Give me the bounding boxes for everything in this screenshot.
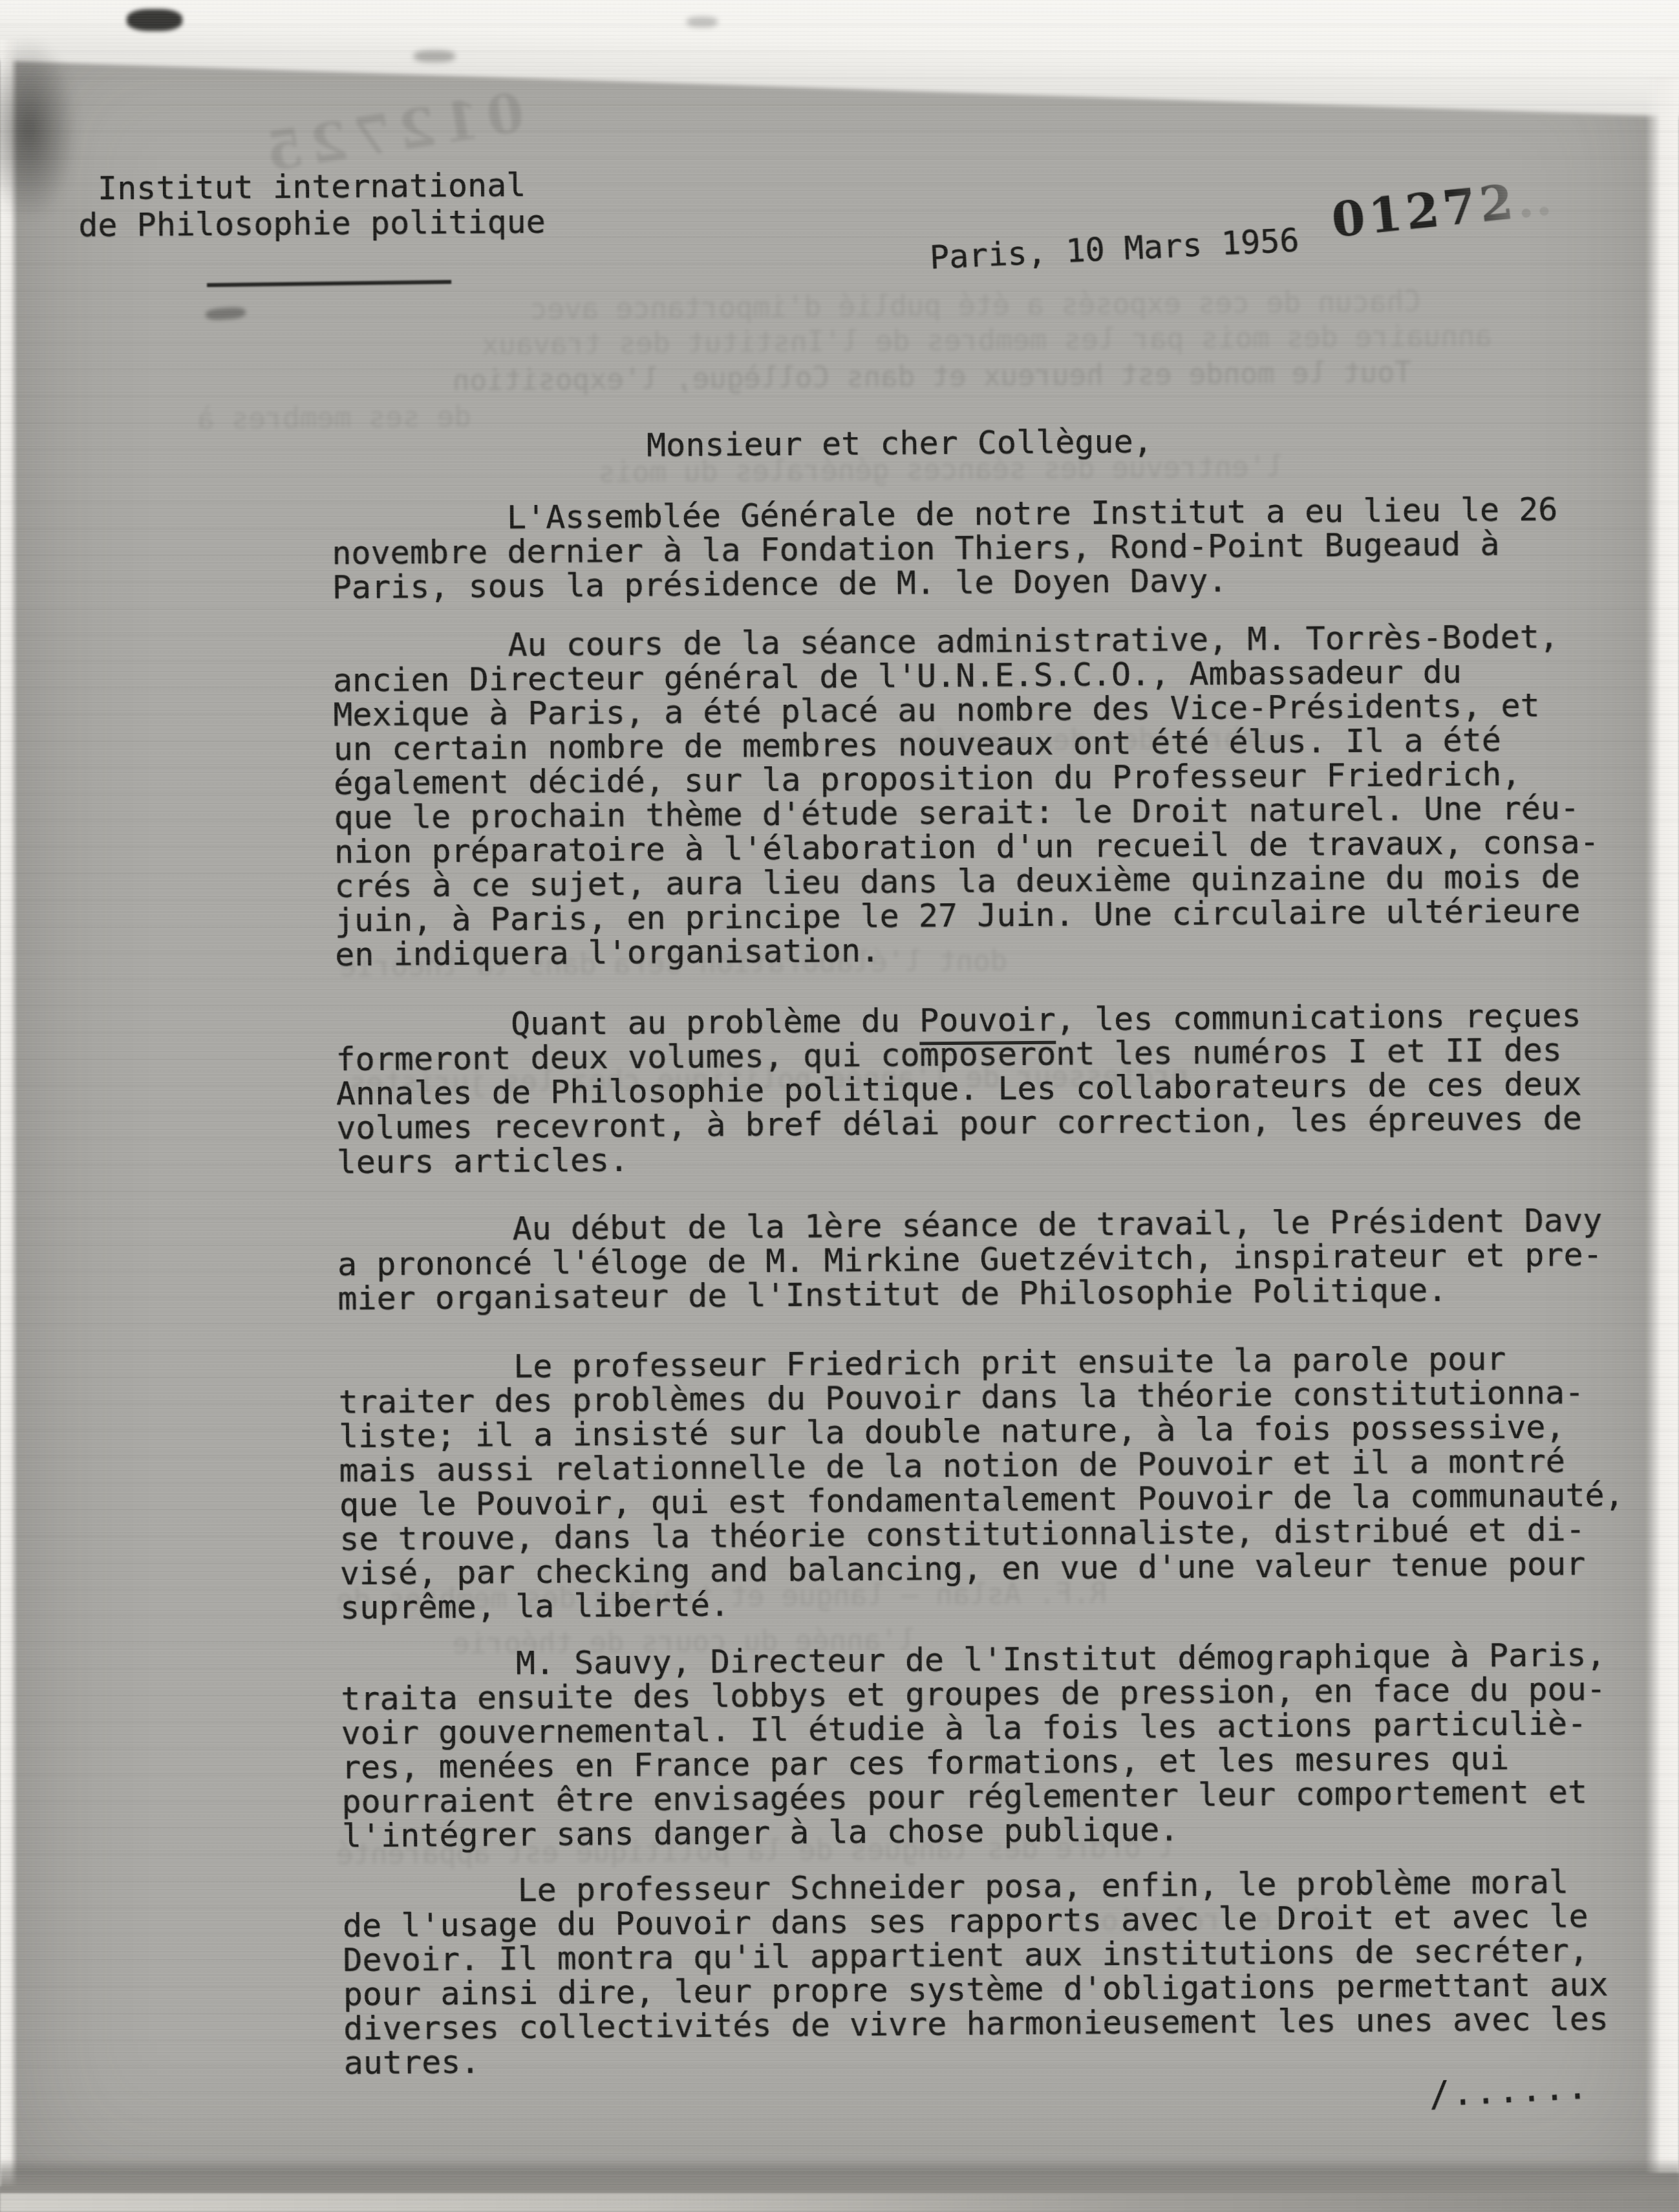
date-line: Paris, 10 Mars 1956 bbox=[929, 223, 1300, 275]
continuation-mark: /...... bbox=[1428, 2069, 1590, 2112]
letter-content: Institut international de Philosophie po… bbox=[0, 0, 1679, 2212]
paragraph-6: M. Sauvy, Directeur de l'Institut démogr… bbox=[341, 1638, 1607, 1853]
paragraph-5: Le professeur Friedrich prit ensuite la … bbox=[338, 1341, 1625, 1626]
stamp-number: 01272.. bbox=[1329, 170, 1556, 248]
paragraph-3: Quant au problème du Pouvoir, les commun… bbox=[336, 998, 1583, 1179]
paragraph-1: L'Assemblée Générale de notre Institut a… bbox=[332, 493, 1559, 605]
letterhead: Institut international de Philosophie po… bbox=[78, 167, 546, 244]
stamp-digits: 01272 bbox=[1329, 174, 1520, 248]
scanned-letter-page: 012725 Chacun de ces exposés a été publi… bbox=[0, 0, 1679, 2212]
paragraph-2: Au cours de la séance administrative, M.… bbox=[332, 619, 1600, 972]
letterhead-underline bbox=[207, 280, 451, 287]
paragraph-4: Au début de la 1ère séance de travail, l… bbox=[337, 1203, 1603, 1316]
stamp-fade-dots: .. bbox=[1514, 170, 1556, 229]
paragraph-7: Le professeur Schneider posa, enfin, le … bbox=[342, 1865, 1609, 2080]
salutation: Monsieur et cher Collègue, bbox=[647, 424, 1153, 462]
